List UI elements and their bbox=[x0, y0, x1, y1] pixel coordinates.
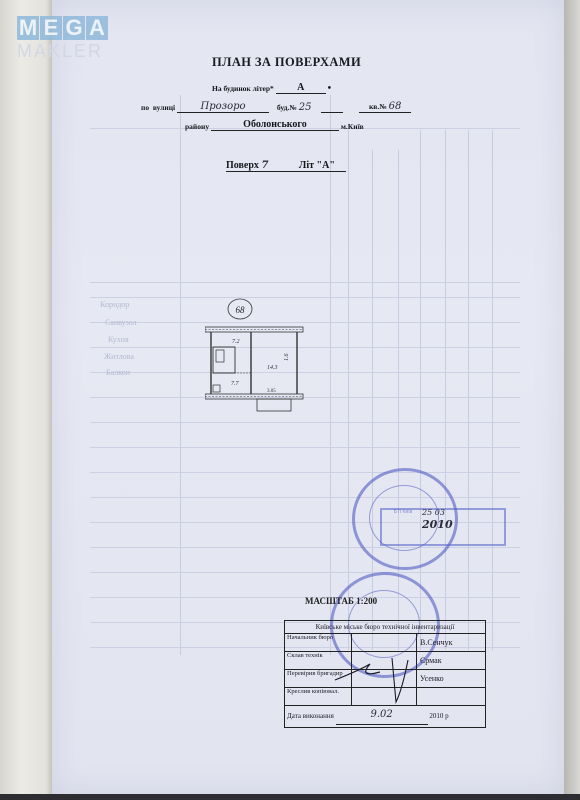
street-value: Прозоро bbox=[177, 101, 269, 113]
svg-text:7.7: 7.7 bbox=[231, 381, 240, 387]
building-letter-row: На будинок літер* А • bbox=[212, 82, 331, 94]
mega-makler-watermark: MEGA MAKLER bbox=[17, 16, 109, 62]
svg-text:7.2: 7.2 bbox=[232, 339, 240, 345]
svg-text:3.05: 3.05 bbox=[267, 389, 276, 394]
svg-text:14.3: 14.3 bbox=[267, 364, 278, 371]
svg-text:1.6: 1.6 bbox=[284, 354, 290, 362]
document-title: ПЛАН ЗА ПОВЕРХАМИ bbox=[212, 55, 361, 70]
floor-number: 7 bbox=[261, 160, 268, 171]
building-number: 25 bbox=[299, 102, 312, 113]
registration-rect-stamp: 25 03 2010 bbox=[380, 508, 506, 546]
binder-strip bbox=[0, 0, 54, 800]
floor-heading: Поверх 7 Літ "А" bbox=[226, 160, 346, 172]
scan-border bbox=[0, 794, 580, 800]
svg-text:68: 68 bbox=[236, 305, 246, 315]
district-row: району Оболонського м.Київ bbox=[185, 119, 364, 131]
apartment-number: 68 bbox=[389, 101, 402, 112]
building-letter-value: А bbox=[276, 82, 326, 94]
district-value: Оболонського bbox=[211, 119, 339, 131]
page-edge bbox=[564, 0, 580, 800]
address-row: по вулиці Прозоро буд.№ 25 кв.№ 68 bbox=[141, 101, 411, 113]
signature bbox=[330, 650, 420, 710]
apartment-floor-plan: 68 7.2 7.7 14.3 1.6 3.05 bbox=[205, 297, 315, 407]
scale-label: МАСШТАБ 1:200 bbox=[305, 596, 377, 606]
